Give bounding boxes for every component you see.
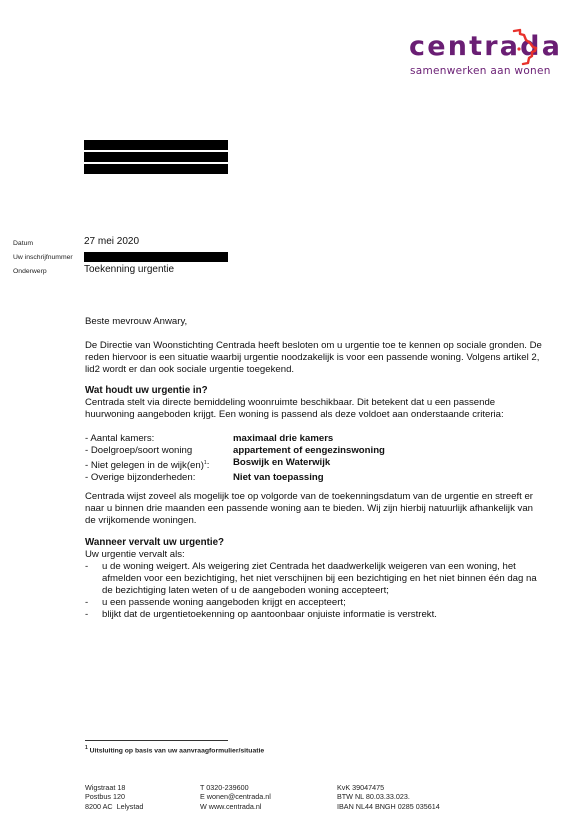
section-expiry-intro: Uw urgentie vervalt als: (85, 549, 545, 561)
list-item: -u een passende woning aangeboden krijgt… (85, 597, 545, 609)
section-expiry-heading: Wanneer vervalt uw urgentie? (85, 537, 545, 549)
email-link[interactable]: E wonen@centrada.nl (200, 792, 271, 801)
phone-number: T 0320-239600 (200, 783, 271, 792)
redacted-address-line (84, 152, 228, 162)
section-what-text: Centrada stelt via directe bemiddeling w… (85, 397, 545, 421)
logo-tagline: samenwerken aan wonen (410, 66, 551, 77)
logo-mark-icon (511, 28, 541, 66)
salutation: Beste mevrouw Anwary, (85, 316, 545, 328)
date-label: Datum (13, 240, 33, 247)
followup-paragraph: Centrada wijst zoveel als mogelijk toe o… (85, 491, 545, 527)
list-item: -u de woning weigert. Als weigering ziet… (85, 561, 545, 597)
redacted-address-line (84, 164, 228, 174)
section-what-heading: Wat houdt uw urgentie in? (85, 385, 545, 397)
list-item: -blijkt dat de urgentietoekenning op aan… (85, 609, 545, 621)
subject-label: Onderwerp (13, 268, 47, 275)
footnote-ref: 1 (204, 460, 207, 466)
footer-contact: T 0320-239600 E wonen@centrada.nl W www.… (200, 783, 271, 811)
intro-paragraph: De Directie van Woonstichting Centrada h… (85, 340, 545, 376)
date-value: 27 mei 2020 (84, 236, 139, 247)
criteria-row: - Aantal kamers: maximaal drie kamers (85, 433, 385, 445)
footnote-divider (85, 740, 228, 741)
redacted-address-line (84, 140, 228, 150)
criteria-row: - Overige bijzonderheden: Niet van toepa… (85, 472, 385, 484)
registration-label: Uw inschrijfnummer (13, 254, 73, 261)
footer-registration: KvK 39047475 BTW NL 80.03.33.023. IBAN N… (337, 783, 440, 811)
criteria-row: - Niet gelegen in de wijk(en)1: Boswijk … (85, 457, 385, 472)
criteria-list: - Aantal kamers: maximaal drie kamers - … (85, 433, 385, 485)
criteria-row: - Doelgroep/soort woning appartement of … (85, 445, 385, 457)
footnote: 1 Uitsluiting op basis van uw aanvraagfo… (85, 745, 264, 754)
expiry-conditions-list: -u de woning weigert. Als weigering ziet… (85, 561, 545, 621)
subject-value: Toekenning urgentie (84, 264, 174, 275)
website-link[interactable]: W www.centrada.nl (200, 802, 271, 811)
section-what: Wat houdt uw urgentie in? Centrada stelt… (85, 385, 545, 421)
redacted-registration-number (84, 252, 228, 262)
section-expiry: Wanneer vervalt uw urgentie? Uw urgentie… (85, 537, 545, 622)
footer-address: Wigstraat 18 Postbus 120 8200 AC Lelysta… (85, 783, 143, 811)
